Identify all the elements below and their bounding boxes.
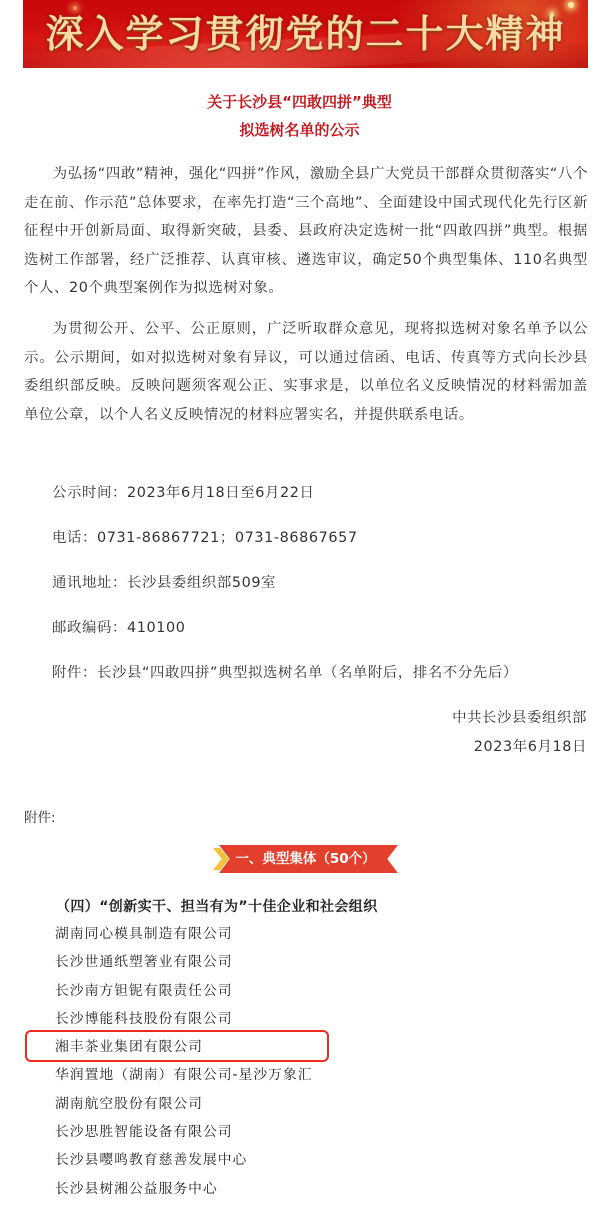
- signature-date: 2023年6月18日: [474, 737, 587, 757]
- notice-title-line1: 关于长沙县“四敢四拼”典型: [0, 88, 599, 116]
- highlight-box: [25, 1030, 329, 1062]
- list-item: 长沙南方钽铌有限责任公司: [55, 977, 313, 1005]
- notice-title-line2: 拟选树名单的公示: [0, 116, 599, 144]
- paragraph-text: 为弘扬“四敢”精神，强化“四拼”作风，激励全县广大党员干部群众贯彻落实“八个走在…: [24, 160, 588, 303]
- sparkle-icon: [568, 2, 574, 8]
- list-item: 长沙县树湘公益服务中心: [55, 1175, 313, 1203]
- body-paragraph-2: 为贯彻公开、公平、公正原则，广泛听取群众意见，现将拟选树对象名单予以公示。公示期…: [24, 315, 588, 429]
- signature-org: 中共长沙县委组织部: [452, 708, 587, 728]
- ribbon-label: 一、典型集体（50个）: [213, 845, 398, 873]
- contact-phone: 电话：0731-86867721；0731-86867657: [52, 528, 358, 548]
- category-heading: （四）“创新实干、担当有为”十佳企业和社会组织: [56, 896, 378, 916]
- list-item: 长沙博能科技股份有限公司: [55, 1005, 313, 1033]
- paragraph-text: 为贯彻公开、公平、公正原则，广泛听取群众意见，现将拟选树对象名单予以公示。公示期…: [24, 315, 588, 429]
- banner-title: 深入学习贯彻党的二十大精神: [23, 10, 588, 58]
- appendix-label: 附件:: [24, 806, 56, 826]
- list-item: 长沙思胜智能设备有限公司: [55, 1118, 313, 1146]
- body-paragraph-1: 为弘扬“四敢”精神，强化“四拼”作风，激励全县广大党员干部群众贯彻落实“八个走在…: [24, 160, 588, 303]
- list-item: 华润置地（湖南）有限公司-星沙万象汇: [55, 1061, 313, 1089]
- mailing-address: 通讯地址：长沙县委组织部509室: [52, 573, 276, 593]
- section-ribbon: 一、典型集体（50个）: [213, 845, 398, 873]
- list-item: 长沙世通纸塑箸业有限公司: [55, 948, 313, 976]
- list-item: 湖南同心模具制造有限公司: [55, 920, 313, 948]
- attachment-note: 附件：长沙县“四敢四拼”典型拟选树名单（名单附后，排名不分先后）: [52, 663, 518, 683]
- list-item: 湖南航空股份有限公司: [55, 1090, 313, 1118]
- list-item: 长沙县嘤鸣教育慈善发展中心: [55, 1146, 313, 1174]
- header-banner: 深入学习贯彻党的二十大精神: [23, 0, 588, 68]
- postal-code: 邮政编码：410100: [52, 618, 186, 638]
- publicity-period: 公示时间：2023年6月18日至6月22日: [52, 483, 314, 503]
